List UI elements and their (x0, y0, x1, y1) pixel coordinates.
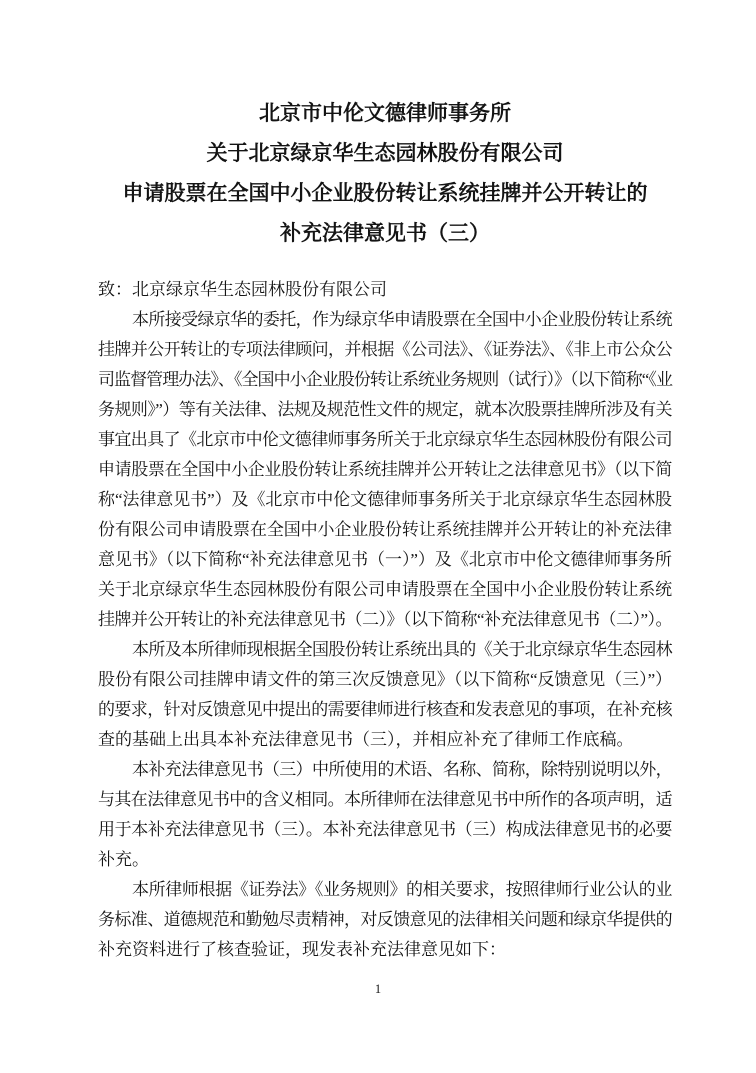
document-title: 北京市中伦文德律师事务所 关于北京绿京华生态园林股份有限公司 申请股票在全国中小… (98, 93, 672, 253)
body-line: 补充。 (98, 845, 672, 875)
body-line: 意见书》（以下简称“补充法律意见书（一）”）及《北京市中伦文德律师事务所 (98, 545, 672, 575)
title-line-1: 北京市中伦文德律师事务所 (98, 93, 672, 133)
title-line-3: 申请股票在全国中小企业股份转让系统挂牌并公开转让的 (98, 173, 672, 213)
body-line: 务规则》”）等有关法律、法规及规范性文件的规定，就本次股票挂牌所涉及有关 (98, 395, 672, 425)
body-line: 关于北京绿京华生态园林股份有限公司申请股票在全国中小企业股份转让系统 (98, 575, 672, 605)
document-content: 北京市中伦文德律师事务所 关于北京绿京华生态园林股份有限公司 申请股票在全国中小… (98, 93, 672, 965)
body-line: 本所律师根据《证券法》《业务规则》的相关要求，按照律师行业公认的业 (98, 875, 672, 905)
body-line: 事宜出具了《北京市中伦文德律师事务所关于北京绿京华生态园林股份有限公司 (98, 425, 672, 455)
body-line: 司监督管理办法》、《全国中小企业股份转让系统业务规则（试行）》（以下简称“《业 (98, 365, 672, 395)
body-line: 挂牌并公开转让的专项法律顾问，并根据《公司法》、《证券法》、《非上市公众公 (98, 335, 672, 365)
body-line: 份有限公司申请股票在全国中小企业股份转让系统挂牌并公开转让的补充法律 (98, 515, 672, 545)
body-line: 补充资料进行了核查验证，现发表补充法律意见如下： (98, 935, 672, 965)
body-line: 本所及本所律师现根据全国股份转让系统出具的《关于北京绿京华生态园林 (98, 635, 672, 665)
body-line: 申请股票在全国中小企业股份转让系统挂牌并公开转让之法律意见书》（以下简 (98, 455, 672, 485)
body-line: 称“法律意见书”）及《北京市中伦文德律师事务所关于北京绿京华生态园林股 (98, 485, 672, 515)
document-body: 致：北京绿京华生态园林股份有限公司 本所接受绿京华的委托，作为绿京华申请股票在全… (98, 275, 672, 965)
body-line: 本所接受绿京华的委托，作为绿京华申请股票在全国中小企业股份转让系统 (98, 305, 672, 335)
body-line: 与其在法律意见书中的含义相同。本所律师在法律意见书中所作的各项声明，适 (98, 785, 672, 815)
title-line-2: 关于北京绿京华生态园林股份有限公司 (98, 133, 672, 173)
body-line: 查的基础上出具本补充法律意见书（三），并相应补充了律师工作底稿。 (98, 725, 672, 755)
page-number: 1 (0, 982, 756, 997)
body-line: 用于本补充法律意见书（三）。本补充法律意见书（三）构成法律意见书的必要 (98, 815, 672, 845)
title-line-4: 补充法律意见书（三） (98, 213, 672, 253)
body-line: 股份有限公司挂牌申请文件的第三次反馈意见》（以下简称“反馈意见（三）”） (98, 665, 672, 695)
body-line: 挂牌并公开转让的补充法律意见书（二）》（以下简称“补充法律意见书（二）”）。 (98, 605, 672, 635)
salutation-line: 致：北京绿京华生态园林股份有限公司 (98, 275, 672, 305)
body-line: 务标准、道德规范和勤勉尽责精神，对反馈意见的法律相关问题和绿京华提供的 (98, 905, 672, 935)
document-page: 北京市中伦文德律师事务所 关于北京绿京华生态园林股份有限公司 申请股票在全国中小… (0, 0, 756, 1073)
body-line: 本补充法律意见书（三）中所使用的术语、名称、简称，除特别说明以外， (98, 755, 672, 785)
body-line: 的要求，针对反馈意见中提出的需要律师进行核查和发表意见的事项，在补充核 (98, 695, 672, 725)
